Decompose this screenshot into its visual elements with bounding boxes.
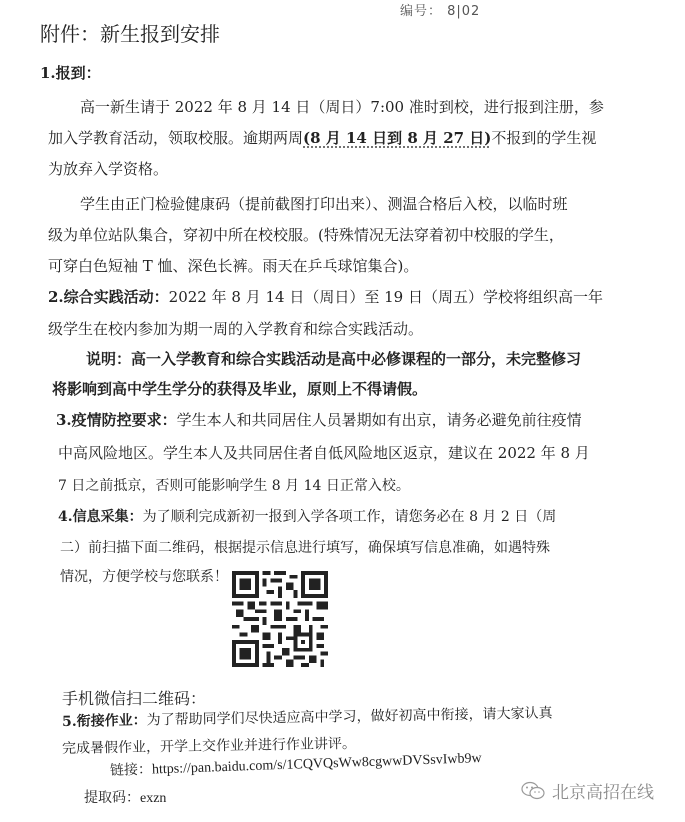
section-2-heading: 2.综合实践活动： (48, 288, 169, 306)
page-title: 附件：新生报到安排 (40, 18, 220, 47)
section-1-line-1: 高一新生请于 2022 年 8 月 14 日（周日）7:00 准时到校，进行报到… (80, 96, 604, 117)
section-4-heading: 4.信息采集： (58, 509, 143, 525)
extraction-code: exzn (140, 791, 166, 806)
section-2-line-2: 级学生在校内参加为期一周的入学教育和综合实践活动。 (48, 318, 423, 339)
section-1-line-2: 加入学教育活动，领取校服。逾期两周(8 月 14 日到 8 月 27 日)不报到… (48, 127, 596, 148)
section-3-line-2: 中高风险地区。学生本人及共同居住者自低风险地区返京，建议在 2022 年 8 月 (58, 442, 590, 463)
section-4-line-2: 二）前扫描下面二维码，根据提示信息进行填写，确保填写信息准确，如遇特殊 (60, 537, 550, 557)
wechat-icon (520, 780, 546, 802)
link-label: 链接： (110, 762, 153, 779)
watermark: 北京高招在线 (520, 778, 654, 803)
section-3-line-3: 7 日之前抵京，否则可能影响学生 8 月 14 日正常入校。 (58, 475, 410, 495)
section-4-line-1-text: 为了顺利完成新初一报到入学各项工作，请您务必在 8 月 2 日（周 (143, 509, 557, 525)
section-1-p2-line-1: 学生由正门检验健康码（提前截图打印出来）、测温合格后入校，以临时班 (80, 193, 568, 214)
section-3-line-1-text: 学生本人和共同居住人员暑期如有出京，请务必避免前往疫情 (177, 411, 582, 429)
qr-code-icon (230, 571, 330, 667)
section-2-line-1-text: 2022 年 8 月 14 日（周日）至 19 日（周五）学校将组织高一年 (169, 288, 603, 306)
code-label: 提取码： (84, 790, 140, 806)
section-1-line-3: 为放弃入学资格。 (48, 158, 168, 179)
section-1-line-2a: 加入学教育活动，领取校服。逾期两周 (48, 129, 303, 147)
section-5-heading: 5.衔接作业： (62, 713, 147, 730)
section-1-p2-line-2: 级为单位站队集合，穿初中所在校校服。(特殊情况无法穿着初中校服的学生， (48, 224, 564, 245)
code-row: 提取码：exzn (84, 787, 166, 807)
handwritten-note: 编号： 8|02 (400, 0, 480, 19)
overdue-dates: (8 月 14 日到 8 月 27 日) (303, 129, 491, 147)
section-1-heading: 1.报到： (40, 62, 101, 83)
section-4-line-1: 4.信息采集：为了顺利完成新初一报到入学各项工作，请您务必在 8 月 2 日（周 (58, 506, 556, 526)
section-3-heading: 3.疫情防控要求： (56, 411, 177, 429)
section-4-line-3: 情况，方便学校与您联系！ (60, 566, 228, 586)
section-1-line-2c: 不报到的学生视 (491, 129, 596, 147)
section-2-note-line-1: 说明：高一入学教育和综合实践活动是高中必修课程的一部分，未完整修习 (86, 348, 581, 369)
section-1-p2-line-3: 可穿白色短袖 T 恤、深色长裤。雨天在乒乓球馆集合)。 (48, 255, 418, 276)
section-3-line-1: 3.疫情防控要求：学生本人和共同居住人员暑期如有出京，请务必避免前往疫情 (56, 409, 582, 430)
qr-caption: 手机微信扫二维码： (62, 686, 206, 709)
section-2-line-1: 2.综合实践活动：2022 年 8 月 14 日（周日）至 19 日（周五）学校… (48, 286, 603, 307)
section-5-line-1-text: 为了帮助同学们尽快适应高中学习，做好初高中衔接，请大家认真 (146, 705, 552, 728)
watermark-text: 北京高招在线 (552, 778, 654, 803)
section-2-note-line-2: 将影响到高中学生学分的获得及毕业，原则上不得请假。 (52, 378, 427, 399)
qr-code[interactable] (230, 571, 330, 667)
